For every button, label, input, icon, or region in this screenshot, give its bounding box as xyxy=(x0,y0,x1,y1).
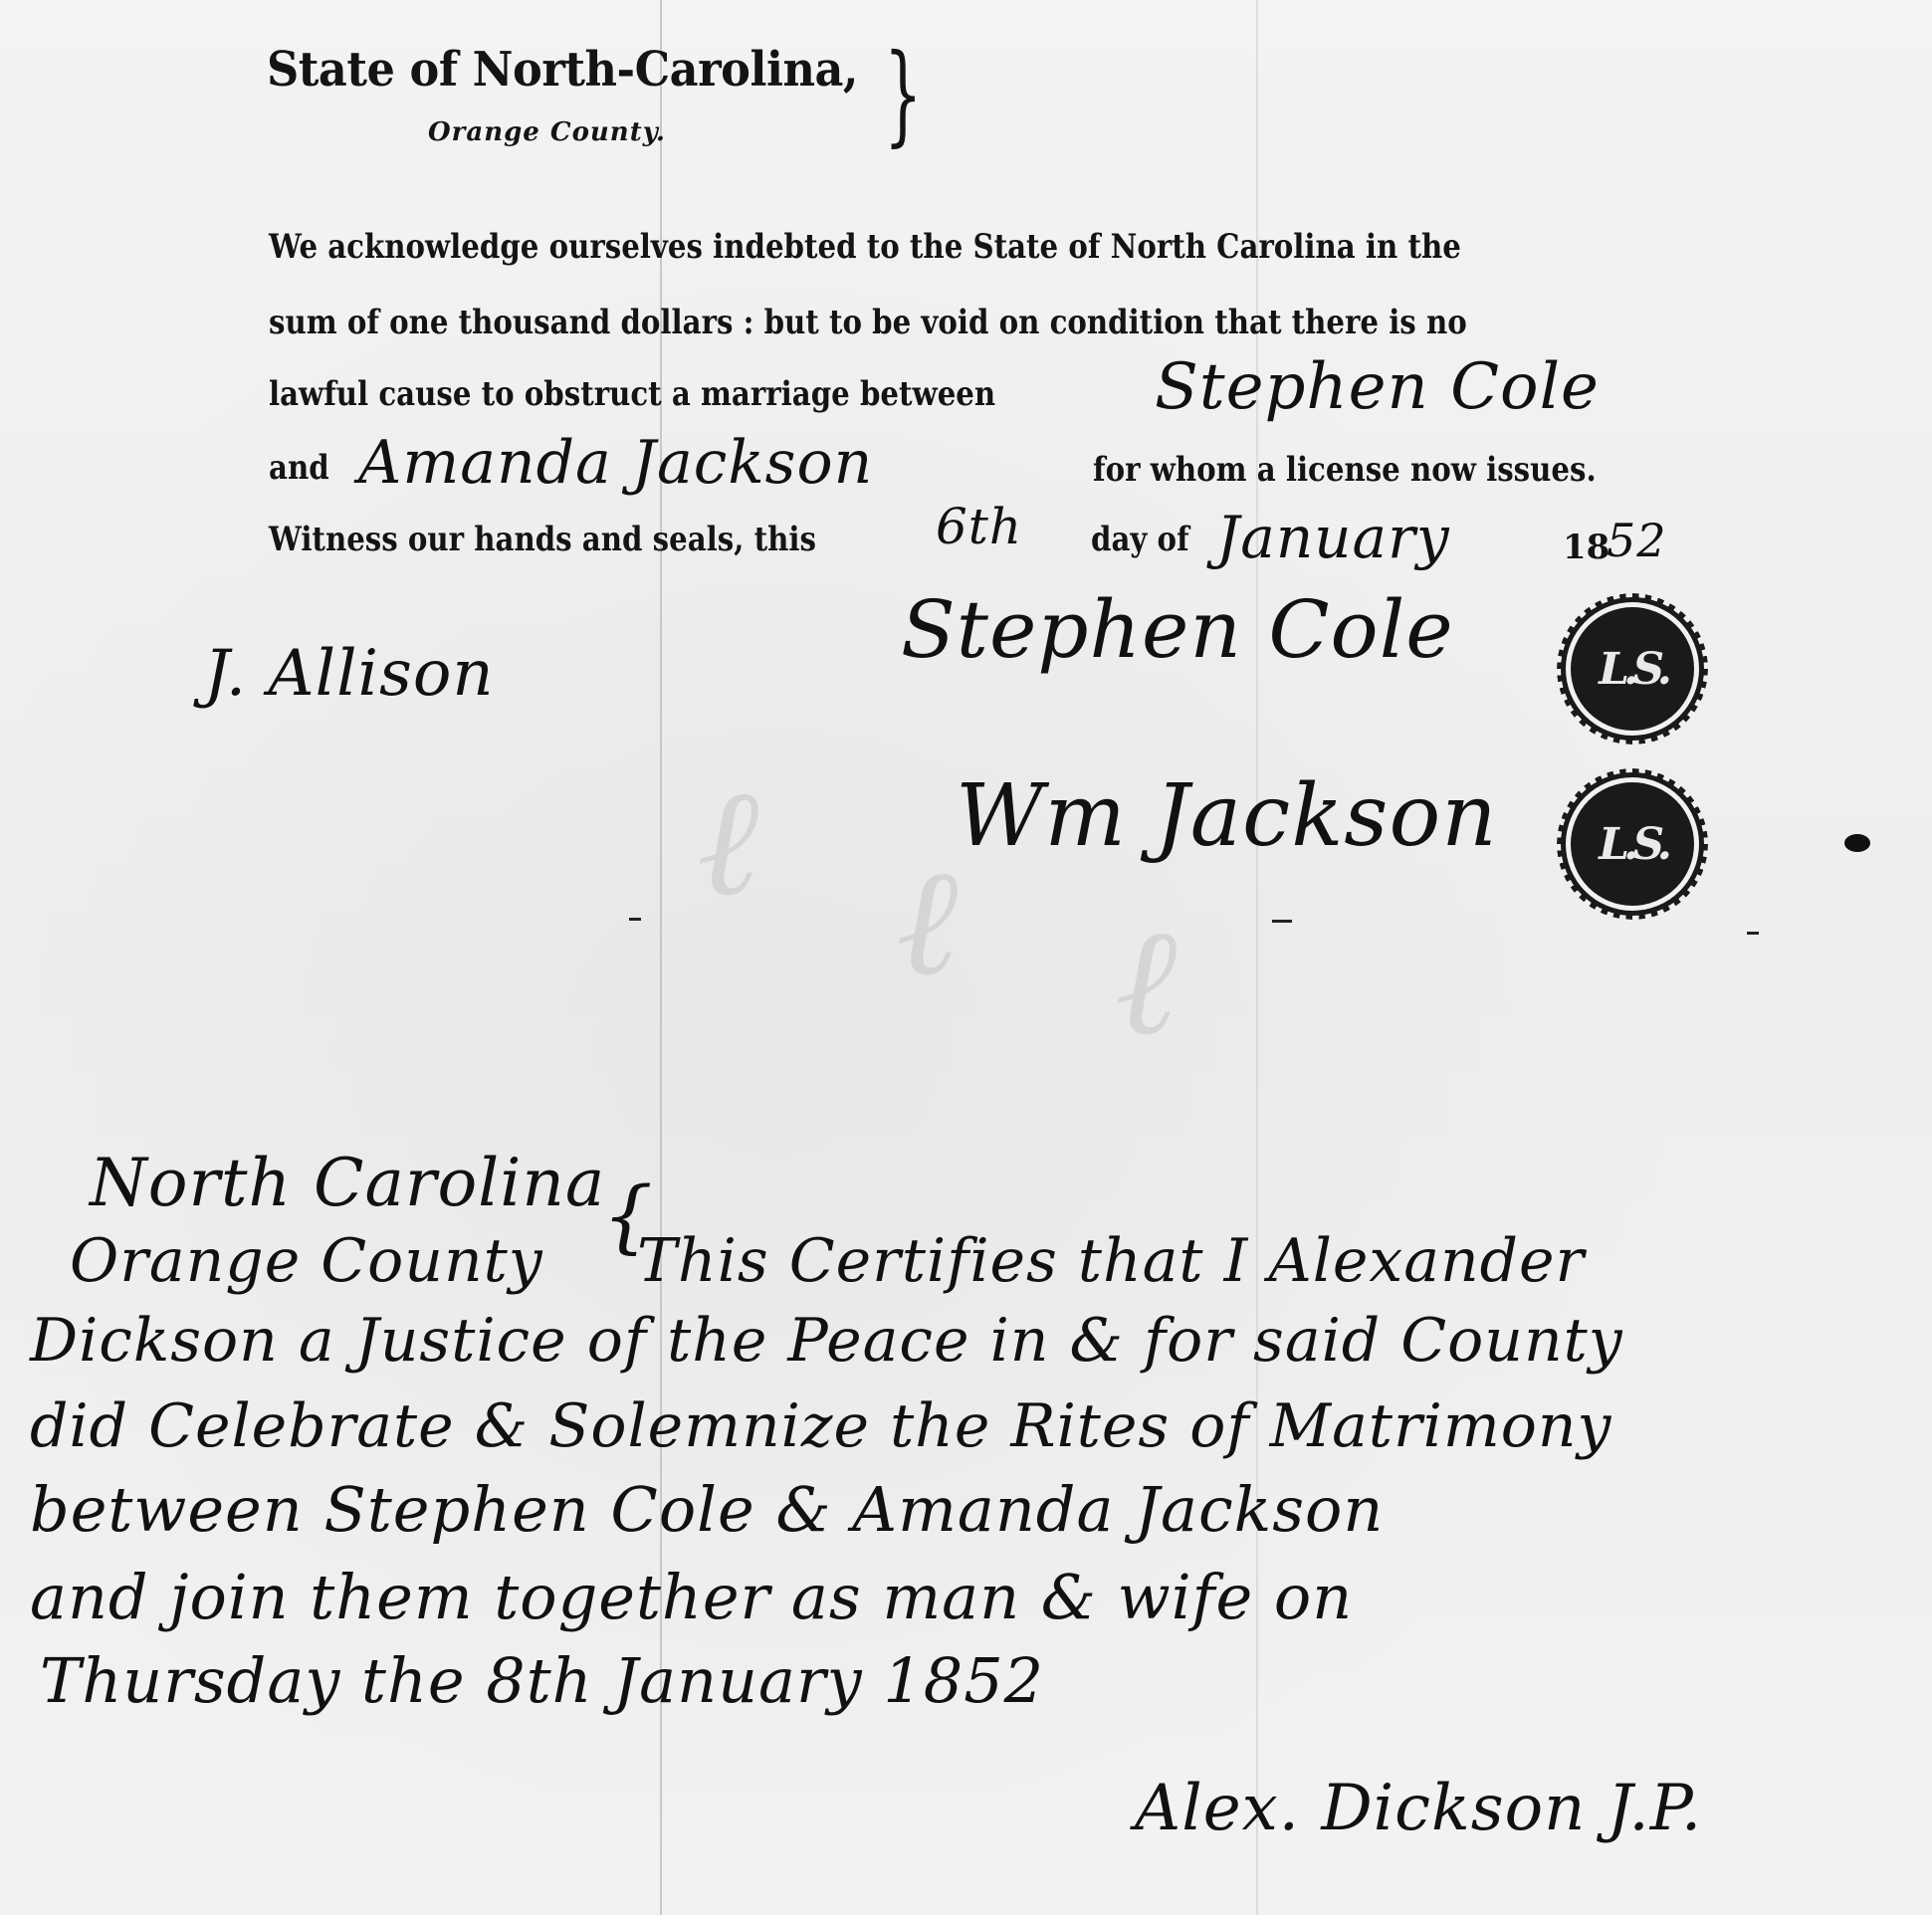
seal-icon: L.S. xyxy=(1571,782,1694,906)
certificate-line-1: This Certifies that I Alexander xyxy=(637,1226,1585,1296)
certificate-state: North Carolina xyxy=(90,1145,605,1221)
bond-line-4-end: for whom a license now issues. xyxy=(1093,450,1597,490)
certificate-county: Orange County xyxy=(70,1226,543,1296)
certificate-line-3: did Celebrate & Solemnize the Rites of M… xyxy=(30,1391,1611,1461)
bond-line-4-start: and xyxy=(269,448,329,488)
bond-line-1: We acknowledge ourselves indebted to the… xyxy=(269,227,1461,267)
justice-signature: Alex. Dickson J.P. xyxy=(1135,1772,1702,1845)
ink-mark xyxy=(1272,920,1292,923)
document-title: State of North-Carolina, xyxy=(267,42,858,98)
bond-line-3: lawful cause to obstruct a marriage betw… xyxy=(269,374,995,414)
seal-icon: L.S. xyxy=(1571,607,1694,731)
certificate-line-5: and join them together as man & wife on xyxy=(30,1561,1353,1633)
bond-line-5-start: Witness our hands and seals, this xyxy=(269,520,816,559)
bond-year-handwritten: 52 xyxy=(1607,514,1667,567)
bond-line-5-mid: day of xyxy=(1091,520,1189,559)
witness-signature: J. Allison xyxy=(204,637,495,711)
bond-month: January xyxy=(1216,504,1450,571)
ink-mark xyxy=(629,918,641,921)
principal-signature: Stephen Cole xyxy=(901,583,1454,676)
ink-blot xyxy=(1844,834,1870,852)
certificate-line-4: between Stephen Cole & Amanda Jackson xyxy=(30,1473,1384,1546)
bond-line-2: sum of one thousand dollars : but to be … xyxy=(269,303,1467,342)
bleed-through-mark: ℓ xyxy=(896,836,958,1009)
bleed-through-mark: ℓ xyxy=(697,756,758,930)
certificate-line-2: Dickson a Justice of the Peace in & for … xyxy=(30,1306,1623,1376)
certificate-line-6: Thursday the 8th January 1852 xyxy=(40,1644,1044,1717)
bleed-through-mark: ℓ xyxy=(1115,896,1177,1069)
document-page: ℓ ℓ ℓ State of North-Carolina, } Orange … xyxy=(0,0,1932,1915)
ink-mark xyxy=(1747,932,1759,935)
brace-icon: } xyxy=(884,44,923,143)
surety-signature: Wm Jackson xyxy=(956,766,1498,866)
county-label: Orange County. xyxy=(428,117,666,147)
bond-day: 6th xyxy=(936,498,1022,555)
groom-name: Stephen Cole xyxy=(1155,350,1600,424)
bride-name: Amanda Jackson xyxy=(358,428,873,498)
bond-year-printed: 18 xyxy=(1563,528,1610,567)
